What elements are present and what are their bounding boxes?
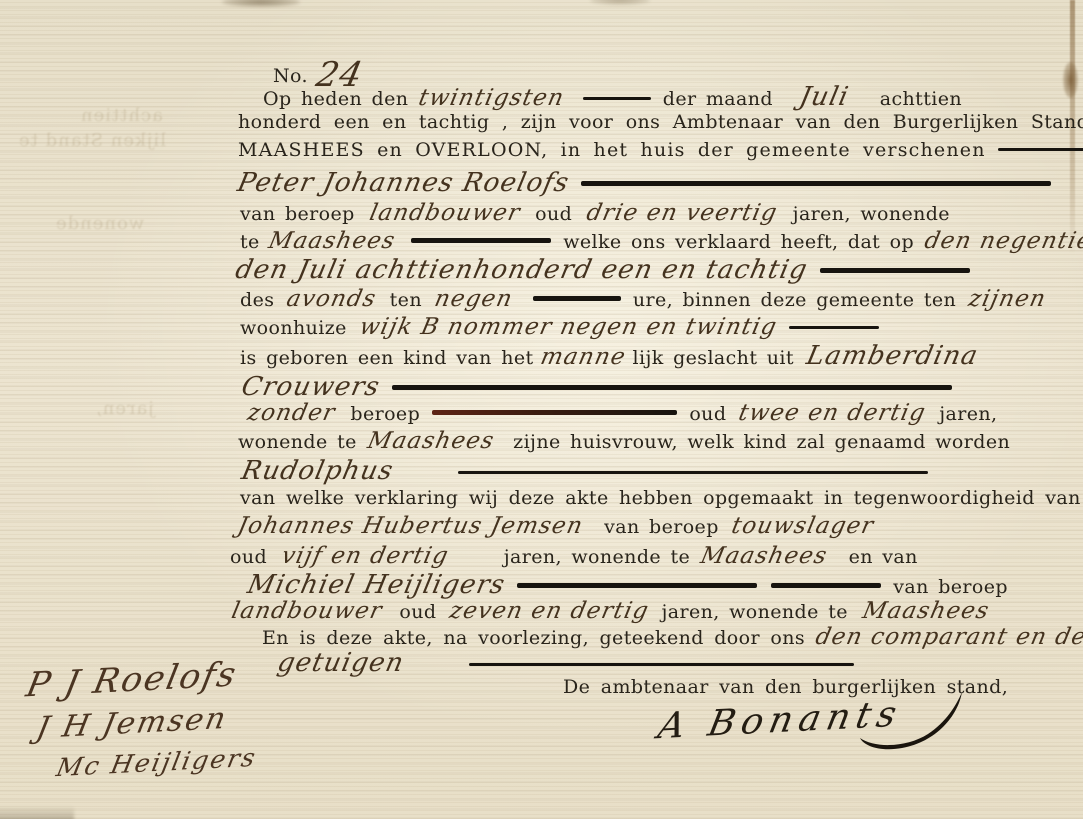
signature-witness2: Mc Heijligers <box>54 743 259 782</box>
printed-text: achttien <box>880 88 962 110</box>
printed-text: jaren, wonende <box>793 203 950 225</box>
fill-rule <box>771 583 881 588</box>
printed-text: oud <box>230 546 267 568</box>
printed-text: des <box>240 289 274 311</box>
birth-daypart: avonds <box>285 286 380 312</box>
birth-hour: negen <box>432 286 515 312</box>
printed-text: En is deze akte, na voorlezing, geteeken… <box>262 627 805 649</box>
fill-rule <box>533 296 621 301</box>
scan-edge-blotch <box>1063 62 1078 98</box>
signature-declarant: P J Roelofs <box>23 655 241 706</box>
birth-day-handwritten: den negentien„ <box>922 228 1083 254</box>
declarant-residence-line: te Maashees welke ons verklaard heeft, d… <box>240 228 1083 254</box>
printed-text: ten <box>390 289 422 311</box>
fill-rule <box>581 181 1051 186</box>
house-possessive: zijnen <box>967 286 1050 312</box>
closing-line-2: getuigen <box>278 648 861 678</box>
witness1-age: vijf en dertig <box>279 543 451 569</box>
house-address: wijk B nommer negen en twintig <box>357 314 779 340</box>
fill-rule <box>458 471 928 474</box>
printed-text: der maand <box>663 88 773 110</box>
bleedthrough-text: lijken Stand te <box>18 130 166 151</box>
printed-text: ure, binnen deze gemeente ten <box>633 289 956 311</box>
father-age: drie en veertig <box>585 200 781 226</box>
printed-text: zijne huisvrouw, welk kind zal genaamd w… <box>513 431 1010 453</box>
fill-rule <box>517 583 757 588</box>
printed-text: welke ons verklaard heeft, dat op <box>563 231 914 253</box>
closing-line-1: En is deze akte, na voorlezing, geteeken… <box>262 624 1083 650</box>
fill-rule <box>432 410 677 415</box>
printed-text: oud <box>689 403 726 425</box>
father-residence: Maashees <box>266 228 398 254</box>
printed-text: woonhuize <box>240 317 347 339</box>
printed-text: beroep <box>350 403 420 425</box>
fill-rule <box>583 97 651 100</box>
printed-text: van beroep <box>240 203 355 225</box>
birth-date-line: den Juli achttienhonderd een en tachtig <box>236 255 977 285</box>
mother-residence: Maashees <box>365 428 497 454</box>
mother-info-line: zonder beroep oud twee en dertig jaren, <box>248 400 997 426</box>
signing-parties-handwritten: getuigen <box>275 648 407 678</box>
birth-house-line: woonhuize wijk B nommer negen en twintig <box>240 314 886 340</box>
fill-rule <box>998 148 1083 151</box>
scan-smudge <box>590 0 650 5</box>
printed-text: oud <box>535 203 572 225</box>
scan-corner-shadow <box>0 806 74 819</box>
birth-time-line: des avonds ten negen ure, binnen deze ge… <box>240 286 1046 312</box>
opening-line-3: MAASHEES en OVERLOON, in het huis der ge… <box>238 139 1083 161</box>
witness2-residence: Maashees <box>860 598 992 624</box>
official-signature-flourish <box>840 690 970 760</box>
witness1-name: Johannes Hubertus Jemsen <box>235 513 586 539</box>
printed-text: jaren, <box>939 403 997 425</box>
scan-smudge <box>222 0 300 7</box>
fill-rule <box>392 385 952 390</box>
birth-certificate-scan: achttien lijken Stand te wonende jaren, … <box>0 0 1083 819</box>
mother-age: twee en dertig <box>737 400 929 426</box>
witness2-line: Michiel Heijligers van beroep <box>248 570 1008 600</box>
witness2-name: Michiel Heijligers <box>245 570 508 600</box>
opening-line-1: Op heden den twintigsten der maand Juli … <box>263 82 962 112</box>
witness-intro-line: van welke verklaring wij deze akte hebbe… <box>240 487 1081 509</box>
witness1-line: Johannes Hubertus Jemsen van beroep touw… <box>238 513 874 539</box>
printed-text: wonende te <box>238 431 357 453</box>
father-occupation: landbouwer <box>367 200 523 226</box>
mother-occupation: zonder <box>245 400 338 426</box>
printed-text: honderd een en tachtig , zijn voor ons A… <box>238 111 1083 133</box>
father-name: Peter Johannes Roelofs <box>235 168 572 198</box>
printed-text: jaren, wonende te <box>661 601 847 623</box>
witness2-occupation: landbouwer <box>229 598 385 624</box>
printed-text: van beroep <box>893 576 1008 598</box>
signing-parties-handwritten: den comparant en de <box>813 624 1083 650</box>
bleedthrough-text: achttien <box>80 105 163 126</box>
child-sex-line: is geboren een kind van het manne lijk g… <box>240 341 978 371</box>
witness2-info-line: landbouwer oud zeven en dertig jaren, wo… <box>232 598 989 624</box>
date-day-handwritten: twintigsten <box>417 85 568 111</box>
bleedthrough-text: wonende <box>55 213 144 234</box>
printed-text: van welke verklaring wij deze akte hebbe… <box>240 487 1081 509</box>
witness1-residence: Maashees <box>698 543 830 569</box>
witness1-info-line: oud vijf en dertig jaren, wonende te Maa… <box>230 543 918 569</box>
bleedthrough-text: jaren, <box>95 398 154 419</box>
mother-residence-line: wonende te Maashees zijne huisvrouw, wel… <box>238 428 1010 454</box>
printed-text: is geboren een kind van het <box>240 347 534 369</box>
declarant-name-line: Peter Johannes Roelofs <box>238 168 1058 198</box>
mother-surname: Crouwers <box>239 372 383 402</box>
printed-text: te <box>240 231 260 253</box>
printed-text: oud <box>399 601 436 623</box>
witness1-occupation: touwslager <box>729 513 876 539</box>
month-handwritten: Juli <box>797 82 852 112</box>
opening-line-2: honderd een en tachtig , zijn voor ons A… <box>238 111 1083 133</box>
declarant-info-line: van beroep landbouwer oud drie en veerti… <box>240 200 950 226</box>
fill-rule <box>820 268 970 273</box>
printed-text: van beroep <box>604 516 719 538</box>
fill-rule <box>469 663 854 666</box>
mother-firstname: Lamberdina <box>804 341 981 371</box>
fill-rule <box>789 326 879 329</box>
fill-rule <box>411 238 551 243</box>
birth-date: den Juli achttienhonderd een en tachtig <box>233 255 811 285</box>
mother-surname-line: Crouwers <box>242 372 959 402</box>
child-name: Rudolphus <box>239 456 397 486</box>
printed-text: en van <box>849 546 918 568</box>
witness2-age: zeven en dertig <box>447 598 651 624</box>
printed-text: Op heden den <box>263 88 408 110</box>
printed-text: jaren, wonende te <box>504 546 690 568</box>
signature-witness1: J H Jemsen <box>33 701 230 746</box>
child-name-line: Rudolphus <box>242 456 935 486</box>
printed-text: lijk geslacht uit <box>632 347 793 369</box>
printed-text-municipality: MAASHEES en OVERLOON, in het huis der ge… <box>238 139 986 161</box>
child-sex: manne <box>538 344 628 370</box>
